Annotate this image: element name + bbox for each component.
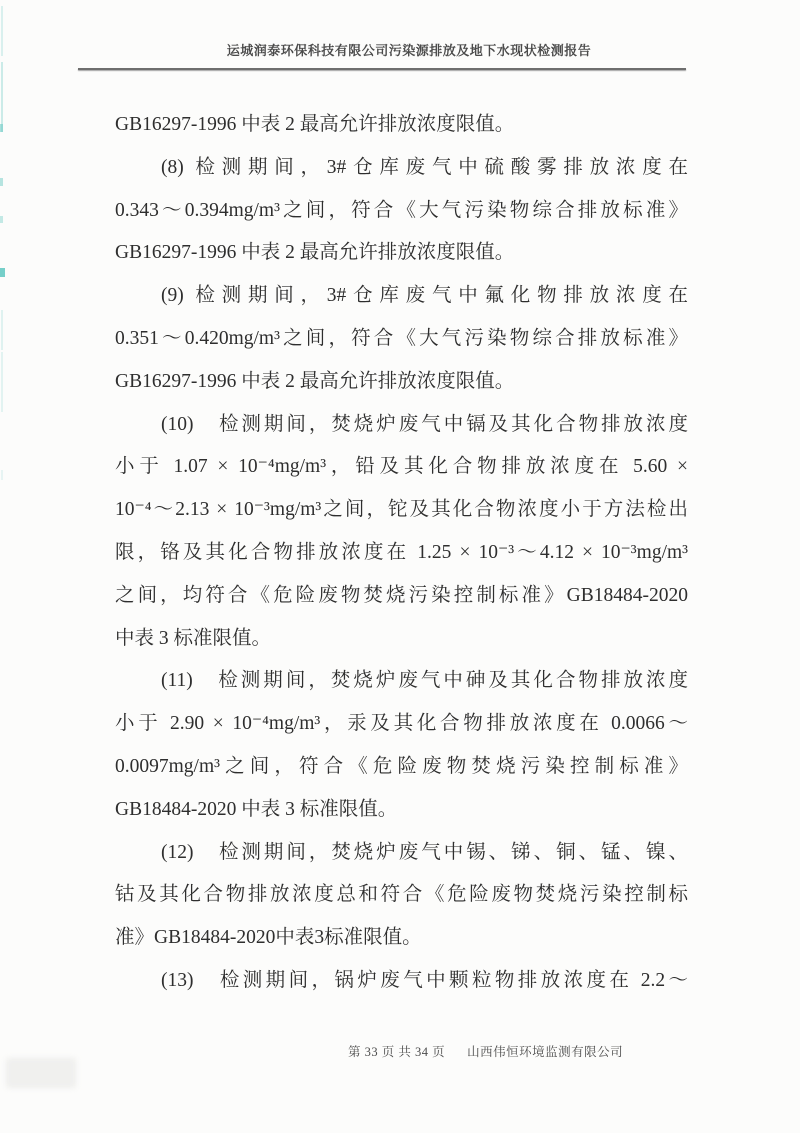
header-rule [78, 68, 686, 70]
footer-company: 山西伟恒环境监测有限公司 [467, 1045, 623, 1059]
scan-artifact [0, 268, 5, 277]
scan-artifact [1, 62, 3, 132]
text-line: (13) 检测期间，锅炉废气中颗粒物排放浓度在 2.2～ [115, 960, 688, 1003]
scan-artifact [0, 178, 3, 186]
text-line: (9) 检测期间，3#仓库废气中氟化物排放浓度在 [115, 275, 688, 318]
text-line: (11) 检测期间，焚烧炉废气中砷及其化合物排放浓度 [115, 660, 688, 703]
text-line: 准》GB18484-2020中表3标准限值。 [115, 917, 688, 960]
text-line: 小于 1.07 × 10⁻⁴mg/m³，铅及其化合物排放浓度在 5.60 × [115, 446, 688, 489]
text-line: (8) 检测期间，3#仓库废气中硫酸雾排放浓度在 [115, 147, 688, 190]
text-line: GB16297-1996 中表 2 最高允许排放浓度限值。 [115, 361, 688, 404]
text-line: 0.0097mg/m³之间，符合《危险废物焚烧污染控制标准》 [115, 746, 688, 789]
text-line: 小于 2.90 × 10⁻⁴mg/m³，汞及其化合物排放浓度在 0.0066～ [115, 703, 688, 746]
text-line: (12) 检测期间，焚烧炉废气中锡、锑、铜、锰、镍、 [115, 832, 688, 875]
scan-artifact [0, 124, 3, 132]
text-line: 钴及其化合物排放浓度总和符合《危险废物焚烧污染控制标 [115, 874, 688, 917]
text-line: GB16297-1996 中表 2 最高允许排放浓度限值。 [115, 104, 688, 147]
text-line: GB18484-2020 中表 3 标准限值。 [115, 789, 688, 832]
text-line: GB16297-1996 中表 2 最高允许排放浓度限值。 [115, 232, 688, 275]
text-line: 中表 3 标准限值。 [115, 618, 688, 661]
body-lines: GB16297-1996 中表 2 最高允许排放浓度限值。(8) 检测期间，3#… [115, 104, 688, 1003]
text-line: 之间，均符合《危险废物焚烧污染控制标准》GB18484-2020 [115, 575, 688, 618]
text-line: (10) 检测期间，焚烧炉废气中镉及其化合物排放浓度 [115, 404, 688, 447]
scan-artifact [1, 310, 3, 350]
text-line: 限，铬及其化合物排放浓度在 1.25 × 10⁻³～4.12 × 10⁻³mg/… [115, 532, 688, 575]
page-footer: 第 33 页 共 34 页山西伟恒环境监测有限公司 [348, 1042, 623, 1060]
page-header-title: 运城润泰环保科技有限公司污染源排放及地下水现状检测报告 [0, 40, 800, 59]
scan-artifact [6, 1058, 76, 1088]
scan-artifact [1, 352, 3, 412]
footer-page-number: 第 33 页 共 34 页 [348, 1045, 445, 1059]
document-page: 运城润泰环保科技有限公司污染源排放及地下水现状检测报告 GB16297-1996… [0, 0, 800, 1133]
scan-artifact [1, 470, 3, 480]
scan-artifact [0, 216, 3, 223]
text-line: 0.351～0.420mg/m³之间，符合《大气污染物综合排放标准》 [115, 318, 688, 361]
text-line: 0.343～0.394mg/m³之间，符合《大气污染物综合排放标准》 [115, 190, 688, 233]
text-line: 10⁻⁴～2.13 × 10⁻³mg/m³之间，铊及其化合物浓度小于方法检出 [115, 489, 688, 532]
